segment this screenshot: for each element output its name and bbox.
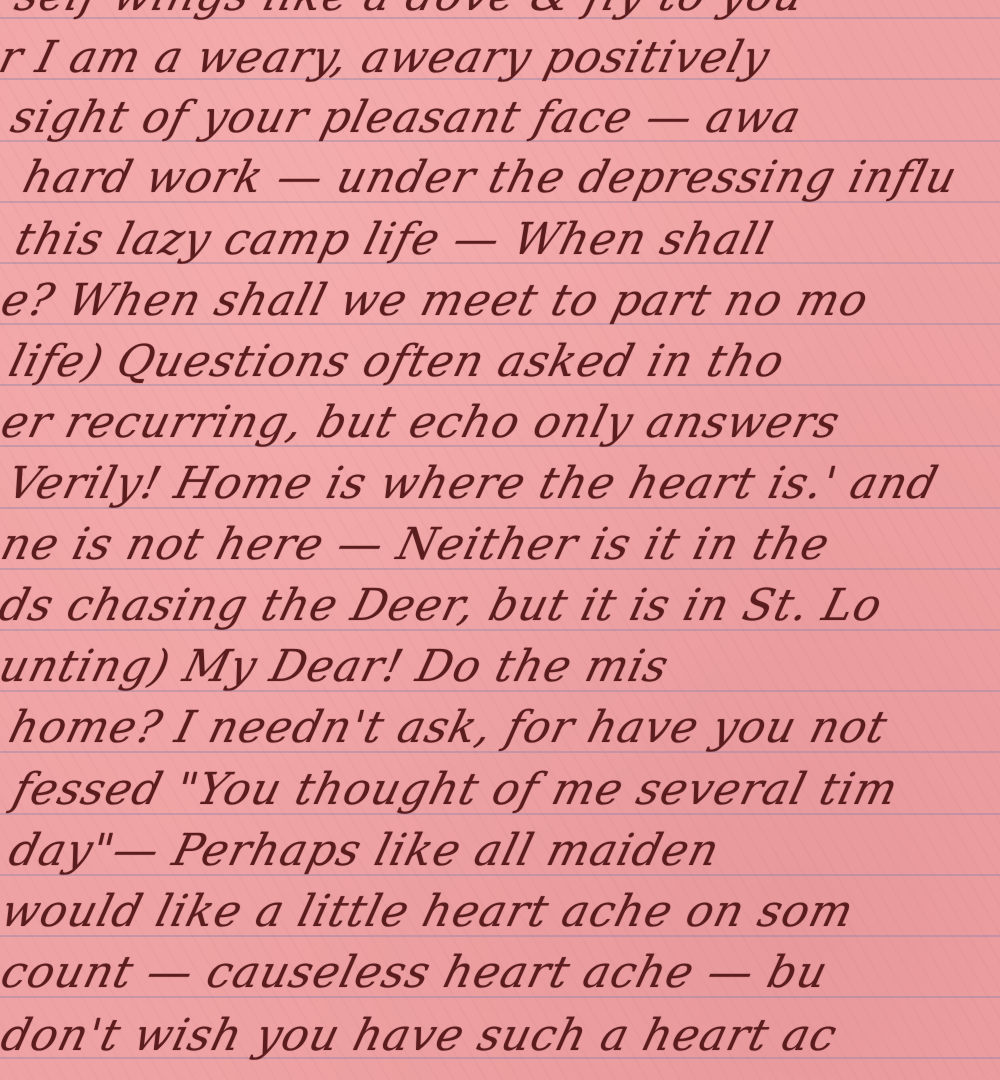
handwriting-line-15: day"— Perhaps like all maiden xyxy=(4,825,725,876)
handwriting-line-14: fessed "You thought of me several tim xyxy=(8,764,904,815)
handwriting-line-9: Verily! Home is where the heart is.' and xyxy=(2,458,943,509)
handwriting-line-8: er recurring, but echo only answers xyxy=(0,397,845,448)
handwriting-line-4: hard work — under the depressing influ xyxy=(18,152,963,203)
handwriting-line-11: ds chasing the Deer, but it is in St. Lo xyxy=(0,580,888,631)
handwriting-line-18: don't wish you have such a heart ac xyxy=(0,1010,843,1061)
handwriting-line-6: e? When shall we meet to part no mo xyxy=(0,275,874,326)
handwriting-line-2: r I am a weary, aweary positively xyxy=(0,32,775,83)
line-5-text: this lazy camp life — When shall xyxy=(10,214,778,265)
handwriting-line-12: unting) My Dear! Do the mis xyxy=(0,641,674,692)
handwriting-line-5: this lazy camp life — When shall xyxy=(10,214,778,265)
handwriting-line-3: sight of your pleasant face — awa xyxy=(6,92,807,143)
letter-page: self wings like a dove & fly to you r I … xyxy=(0,0,1000,1080)
handwriting-line-1: self wings like a dove & fly to you xyxy=(10,0,810,21)
handwriting-line-7: life) Questions often asked in tho xyxy=(4,336,790,387)
handwriting-line-13: home? I needn't ask, for have you not xyxy=(4,702,893,753)
handwriting-line-17: count — causeless heart ache — bu xyxy=(0,947,833,998)
handwriting-line-16: would like a little heart ache on som xyxy=(0,886,859,937)
handwriting-line-10: ne is not here — Neither is it in the xyxy=(0,519,835,570)
